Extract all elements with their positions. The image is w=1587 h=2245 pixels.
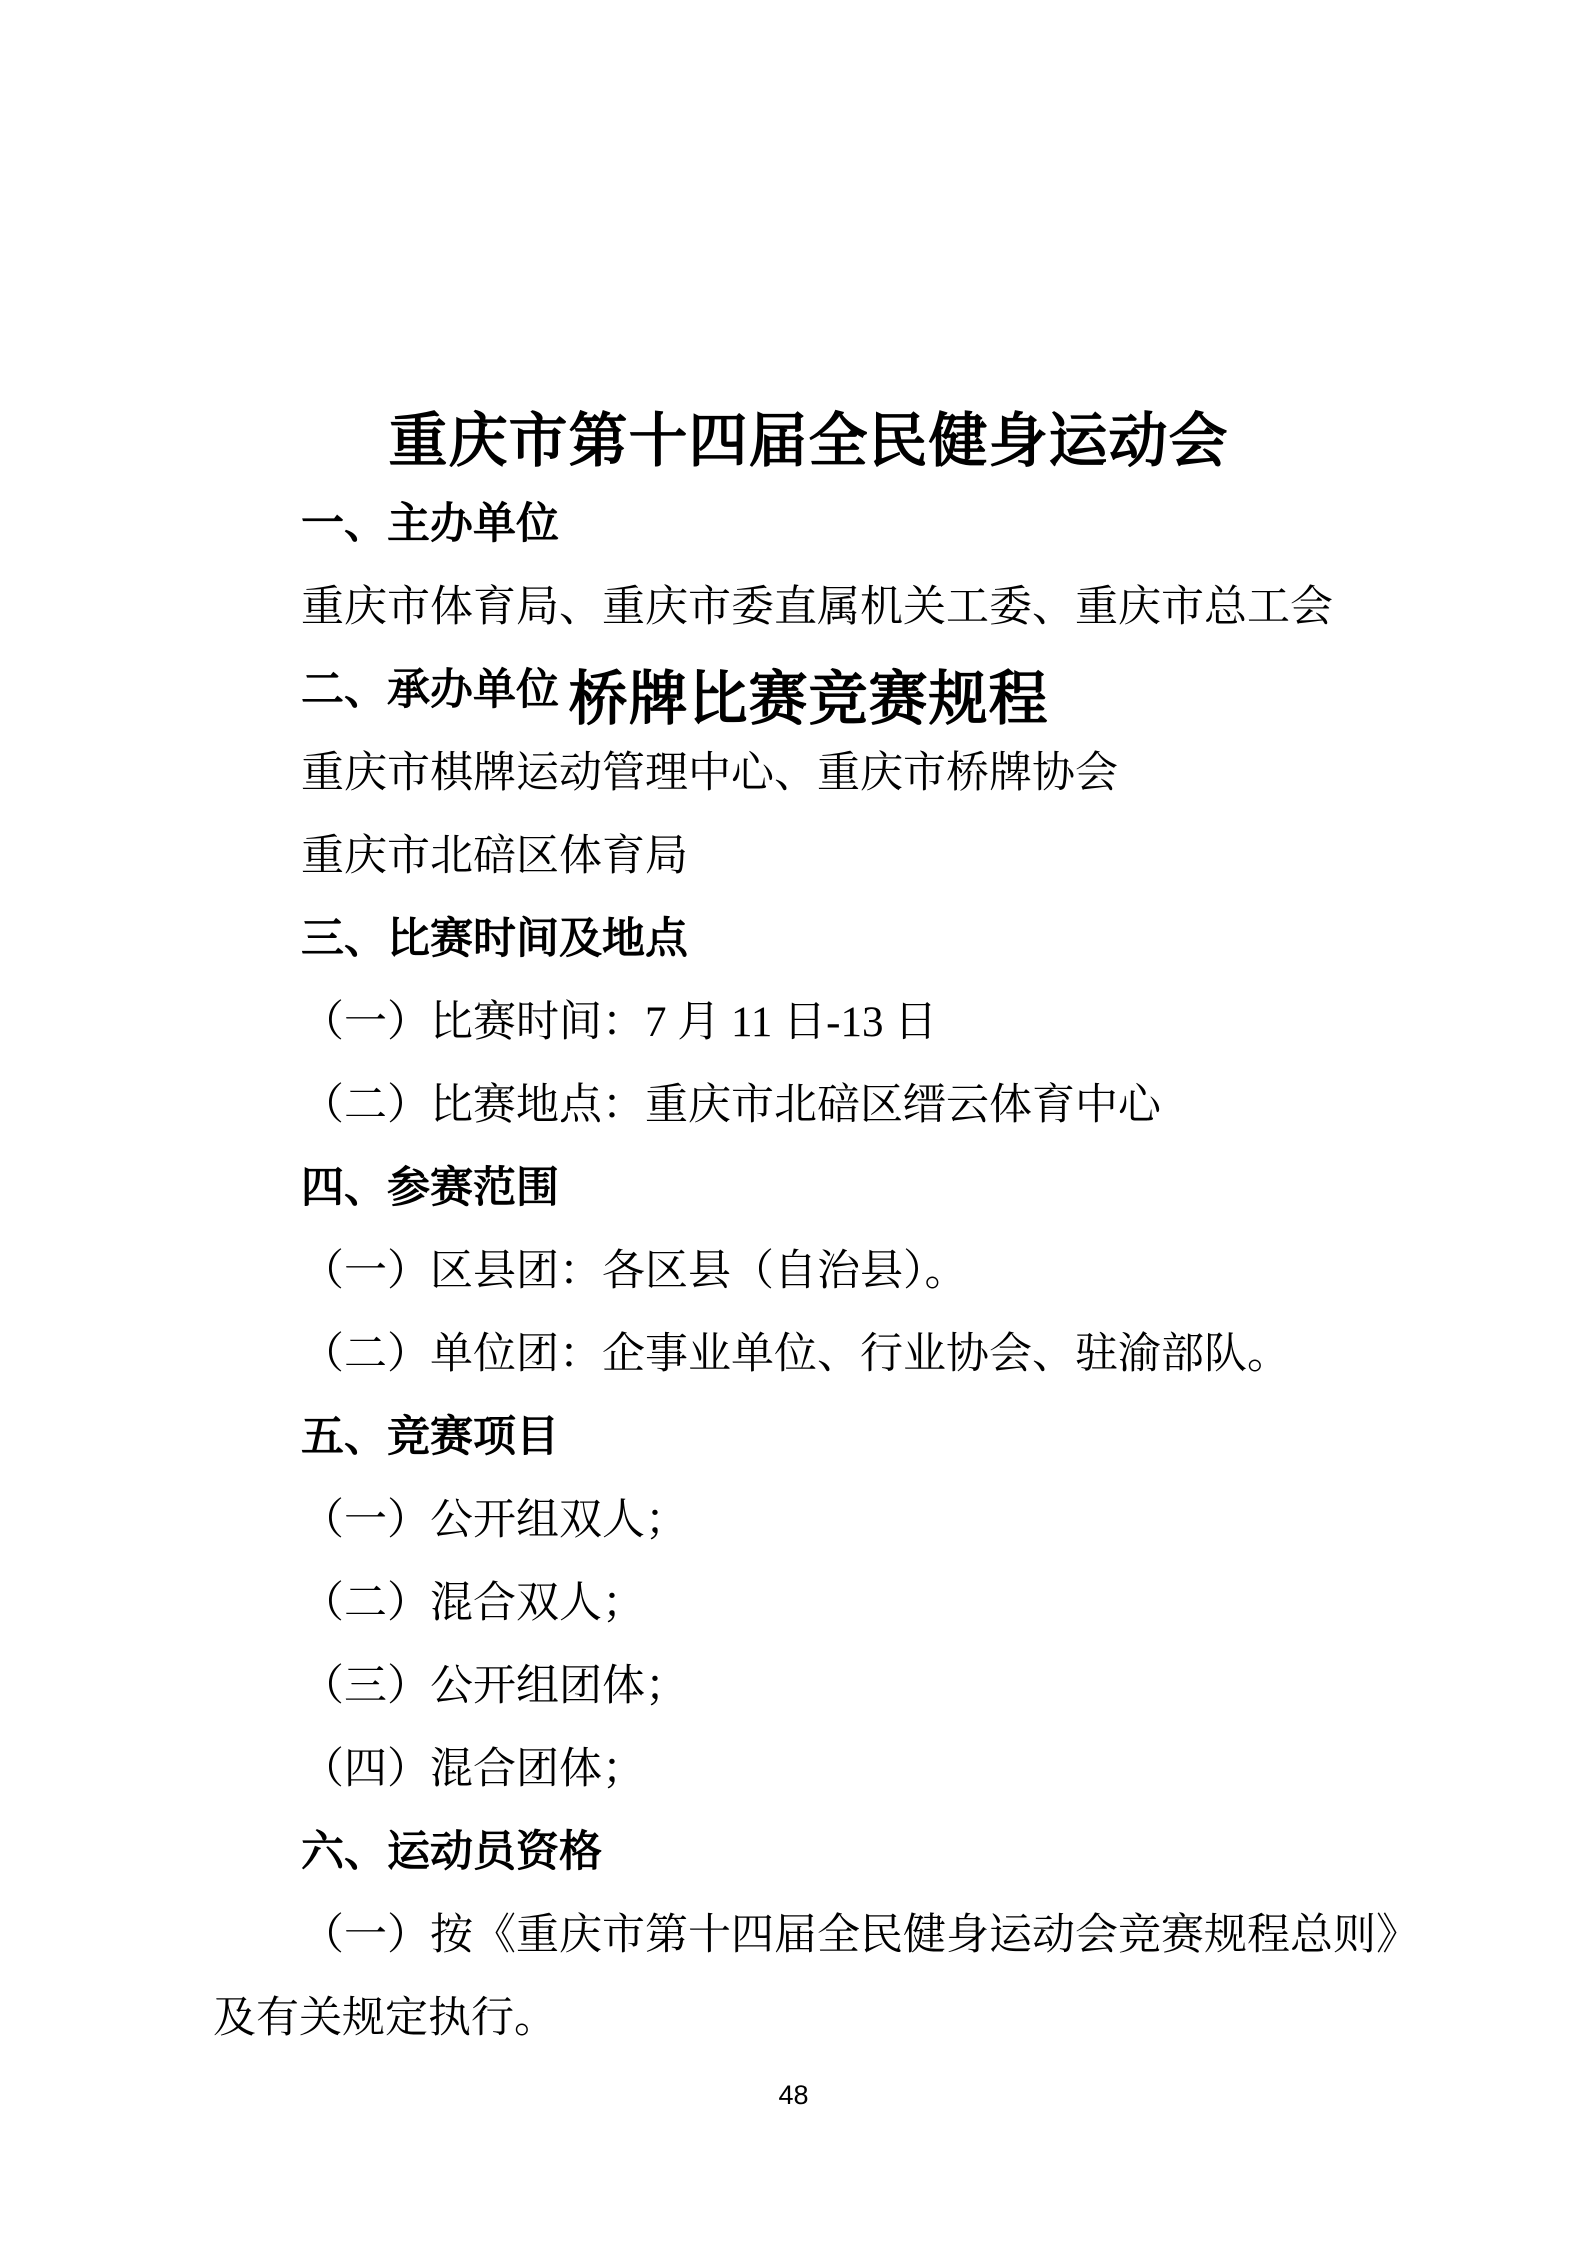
section-heading-5: 五、竞赛项目 — [213, 1392, 1374, 1475]
body-line: 重庆市体育局、重庆市委直属机关工委、重庆市总工会 — [213, 562, 1374, 645]
body-line: （一）公开组双人； — [213, 1475, 1374, 1558]
body-line: （二）比赛地点：重庆市北碚区缙云体育中心 — [213, 1060, 1374, 1143]
section-heading-1: 一、主办单位 — [213, 479, 1374, 562]
body-line: （一）比赛时间：7 月 11 日-13 日 — [213, 977, 1374, 1060]
body-line: （三）公开组团体； — [213, 1641, 1374, 1724]
document-body: 一、主办单位 重庆市体育局、重庆市委直属机关工委、重庆市总工会 二、承办单位 重… — [213, 479, 1374, 2056]
section-heading-6: 六、运动员资格 — [213, 1807, 1374, 1890]
body-line: （二）单位团：企事业单位、行业协会、驻渝部队。 — [213, 1309, 1374, 1392]
document-title-line-1: 重庆市第十四届全民健身运动会 — [30, 398, 1587, 484]
body-line: 重庆市棋牌运动管理中心、重庆市桥牌协会 — [213, 728, 1374, 811]
body-line: （四）混合团体； — [213, 1724, 1374, 1807]
section-heading-4: 四、参赛范围 — [213, 1143, 1374, 1226]
section-heading-2: 二、承办单位 — [213, 645, 1374, 728]
section-heading-3: 三、比赛时间及地点 — [213, 894, 1374, 977]
body-line-continuation: 及有关规定执行。 — [213, 1973, 1374, 2056]
body-line: （一）区县团：各区县（自治县）。 — [213, 1226, 1374, 1309]
page-number: 48 — [0, 2080, 1587, 2110]
body-line: （二）混合双人； — [213, 1558, 1374, 1641]
document-page: 重庆市第十四届全民健身运动会 桥牌比赛竞赛规程 一、主办单位 重庆市体育局、重庆… — [0, 0, 1587, 2245]
body-line: （一）按《重庆市第十四届全民健身运动会竞赛规程总则》 — [213, 1890, 1374, 1973]
body-line: 重庆市北碚区体育局 — [213, 811, 1374, 894]
